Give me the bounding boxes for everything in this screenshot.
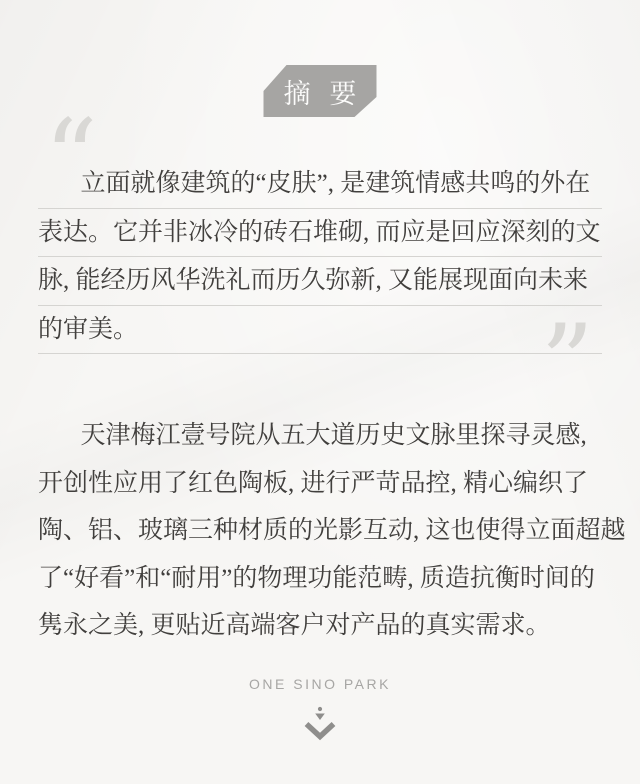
quote-line: 立面就像建筑的“皮肤”, 是建筑情感共鸣的外在	[38, 160, 602, 209]
close-quote-icon: ”	[540, 311, 594, 416]
body-line: 陶、铝、玻璃三种材质的光影互动, 这也使得立面超越	[38, 507, 602, 555]
scroll-down-icon	[303, 706, 337, 750]
quote-line: 脉, 能经历风华洗礼而历久弥新, 又能展现面向未来	[38, 257, 602, 306]
body-line: 开创性应用了红色陶板, 进行严苛品控, 精心编织了	[38, 460, 602, 508]
abstract-quote-paragraph: 立面就像建筑的“皮肤”, 是建筑情感共鸣的外在 表达。它并非冰冷的砖石堆砌, 而…	[38, 160, 602, 354]
section-badge: 摘 要	[264, 65, 377, 117]
body-line: 天津梅江壹号院从五大道历史文脉里探寻灵感,	[38, 412, 602, 460]
brand-wordmark: ONE SINO PARK	[0, 676, 640, 692]
section-badge-label: 摘 要	[284, 72, 363, 111]
quote-line: 的审美。	[38, 306, 602, 355]
body-line: 隽永之美, 更贴近高端客户对产品的真实需求。	[38, 602, 602, 650]
body-line: 了“好看”和“耐用”的物理功能范畴, 质造抗衡时间的	[38, 555, 602, 603]
quote-line: 表达。它并非冰冷的砖石堆砌, 而应是回应深刻的文	[38, 209, 602, 258]
abstract-card: 摘 要 “ 立面就像建筑的“皮肤”, 是建筑情感共鸣的外在 表达。它并非冰冷的砖…	[0, 0, 640, 784]
abstract-body-paragraph: 天津梅江壹号院从五大道历史文脉里探寻灵感, 开创性应用了红色陶板, 进行严苛品控…	[38, 412, 602, 650]
